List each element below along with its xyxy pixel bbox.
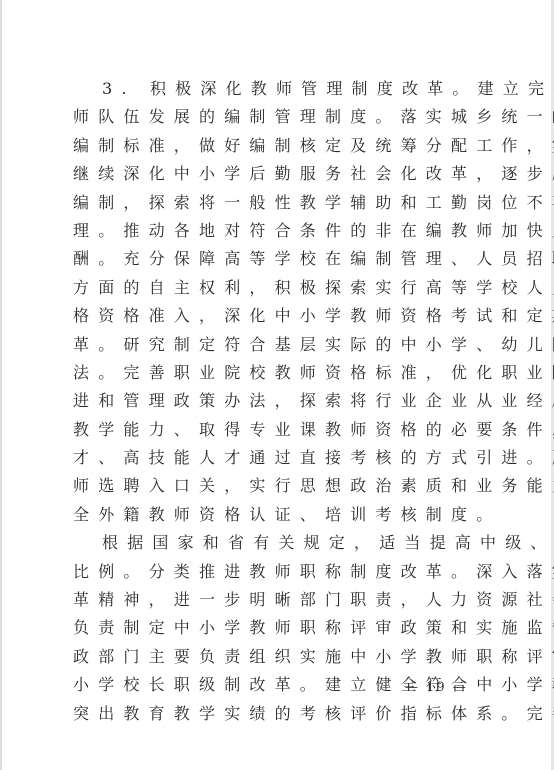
text-line: 格资格准入，深化中小学教师资格考试和定期注册制度改 [73,302,477,330]
text-line: 编制，探索将一般性教学辅助和工勤岗位不再纳入编制管 [73,189,477,217]
text-line: 革精神，进一步明晰部门职责，人力资源社会保障部门主要 [73,586,477,614]
text-line: 师队伍发展的编制管理制度。落实城乡统一的中小学教职工 [73,103,477,131]
text-line: 革。研究制定符合基层实际的中小学、幼儿园教师招聘办 [73,331,477,359]
text-line: 理。推动各地对符合条件的非在编教师加快入编、同工同 [73,217,477,245]
text-line: 进和管理政策办法，探索将行业企业从业经历作为认定教育 [73,387,477,415]
text-line: 比例。分类推进教师职称制度改革。深入落实“放管服”改 [73,558,477,586]
text-line: 根据国家和省有关规定，适当提高中级、高级教师岗位 [73,529,477,557]
text-line: 全外籍教师资格认证、培训考核制度。 [73,501,477,529]
text-line: 编制标准，做好编制核定及统筹分配工作，实行动态调整。 [73,132,477,160]
text-line: 方面的自主权利，积极探索实行高等学校人员总量管理。严 [73,274,477,302]
text-line: 法。完善职业院校教师资格标准，优化职业院校教师人才引 [73,359,477,387]
paragraph-1: 3. 积极深化教师管理制度改革。建立完善适合各类教 师队伍发展的编制管理制度。落… [73,75,477,529]
page-number: — 19 — [405,680,468,695]
text-line: 3. 积极深化教师管理制度改革。建立完善适合各类教 [73,75,477,103]
text-line: 教学能力、取得专业课教师资格的必要条件，对高层次人 [73,416,477,444]
text-line: 师选聘入口关，实行思想政治素质和业务能力双重考察。健 [73,472,477,500]
page-edge-left [0,0,2,770]
text-line: 突出教育教学实绩的考核评价指标体系。完善职业院校教师 [73,700,477,728]
text-line: 酬。充分保障高等学校在编制管理、人员招聘、岗位设置等 [73,245,477,273]
text-line: 才、高技能人才通过直接考核的方式引进。严把高等学校教 [73,444,477,472]
document-page: 3. 积极深化教师管理制度改革。建立完善适合各类教 师队伍发展的编制管理制度。落… [73,75,477,728]
text-line: 政部门主要负责组织实施中小学教师职称评审。加快推行中 [73,643,477,671]
text-line: 继续深化中小学后勤服务社会化改革，逐步压缩非教学人员 [73,160,477,188]
paragraph-2: 根据国家和省有关规定，适当提高中级、高级教师岗位 比例。分类推进教师职称制度改革… [73,529,477,728]
text-line: 负责制定中小学教师职称评审政策和实施监督检查，教育行 [73,614,477,642]
